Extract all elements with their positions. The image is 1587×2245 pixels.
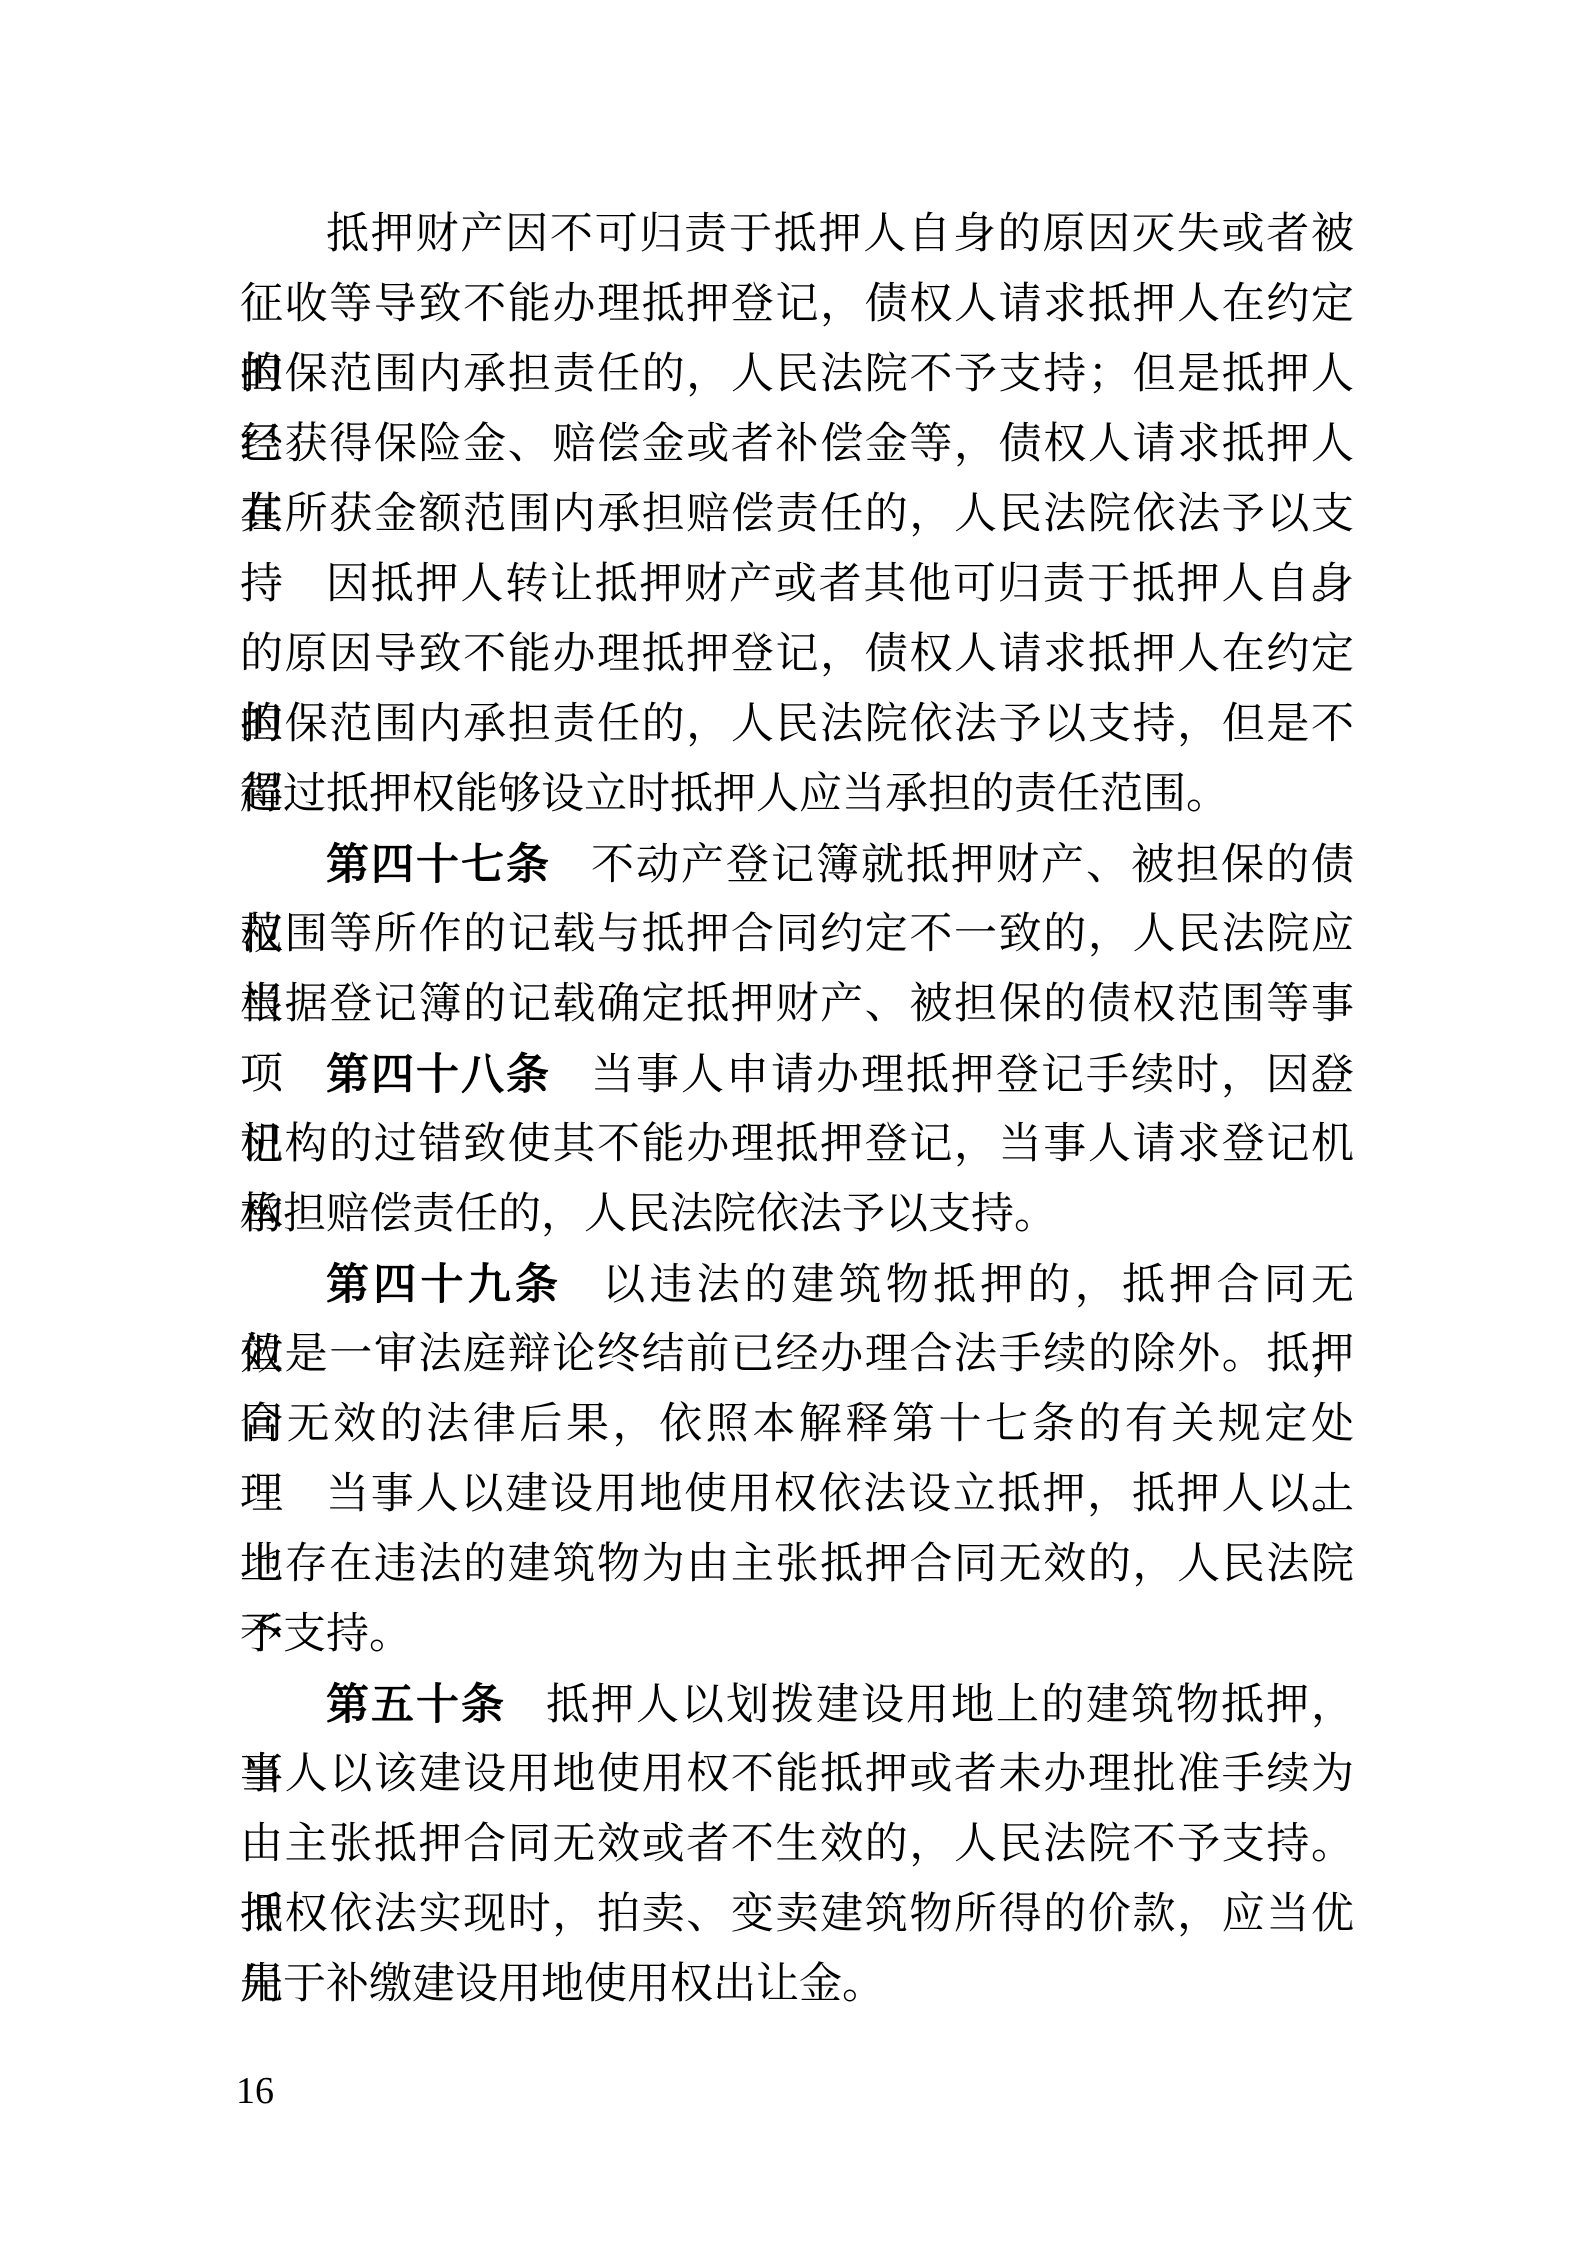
text-run: 用于补缴建设用地使用权出让金。 <box>240 1961 885 2008</box>
text-line: 上存在违法的建筑物为由主张抵押合同无效的，人民法院不 <box>240 1530 1354 1600</box>
text-line: 第四十八条当事人申请办理抵押登记手续时，因登记 <box>240 1040 1354 1110</box>
text-run: 因抵押人转让抵押财产或者其他可归责于抵押人自身 <box>326 561 1354 608</box>
text-line: 超过抵押权能够设立时抵押人应当承担的责任范围。 <box>240 760 1354 830</box>
text-line: 担保范围内承担责任的，人民法院不予支持；但是抵押人已 <box>240 340 1354 410</box>
text-line: 承担赔偿责任的，人民法院依法予以支持。 <box>240 1180 1354 1250</box>
text-line: 担保范围内承担责任的，人民法院依法予以支持，但是不得 <box>240 690 1354 760</box>
text-line: 第四十九条以违法的建筑物抵押的，抵押合同无效， <box>240 1250 1354 1320</box>
text-line: 抵押财产因不可归责于抵押人自身的原因灭失或者被 <box>240 200 1354 270</box>
text-line: 予支持。 <box>240 1600 1354 1670</box>
text-line: 押权依法实现时，拍卖、变卖建筑物所得的价款，应当优先 <box>240 1880 1354 1950</box>
text-line: 同无效的法律后果，依照本解释第十七条的有关规定处理。 <box>240 1390 1354 1460</box>
text-run: 超过抵押权能够设立时抵押人应当承担的责任范围。 <box>240 771 1229 818</box>
text-line: 用于补缴建设用地使用权出让金。 <box>240 1950 1354 2020</box>
text-line: 范围等所作的记载与抵押合同约定不一致的，人民法院应当 <box>240 900 1354 970</box>
text-run: 予支持。 <box>240 1611 412 1658</box>
document-page: 抵押财产因不可归责于抵押人自身的原因灭失或者被征收等导致不能办理抵押登记，债权人… <box>0 0 1587 2245</box>
text-run: 事人以该建设用地使用权不能抵押或者未办理批准手续为 <box>240 1751 1354 1798</box>
text-line: 征收等导致不能办理抵押登记，债权人请求抵押人在约定的 <box>240 270 1354 340</box>
text-line: 机构的过错致使其不能办理抵押登记，当事人请求登记机构 <box>240 1110 1354 1180</box>
text-line: 的原因导致不能办理抵押登记，债权人请求抵押人在约定的 <box>240 620 1354 690</box>
text-run: 承担赔偿责任的，人民法院依法予以支持。 <box>240 1191 1057 1238</box>
page-number: 16 <box>236 2072 274 2110</box>
text-run: 抵押财产因不可归责于抵押人自身的原因灭失或者被 <box>326 211 1354 258</box>
text-line: 根据登记簿的记载确定抵押财产、被担保的债权范围等事项。 <box>240 970 1354 1040</box>
article-number: 第四十七条 <box>326 841 551 889</box>
text-line: 由主张抵押合同无效或者不生效的，人民法院不予支持。抵 <box>240 1810 1354 1880</box>
article-number: 第五十条 <box>326 1681 506 1729</box>
text-line: 当事人以建设用地使用权依法设立抵押，抵押人以土地 <box>240 1460 1354 1530</box>
text-line: 事人以该建设用地使用权不能抵押或者未办理批准手续为 <box>240 1740 1354 1810</box>
text-block: 抵押财产因不可归责于抵押人自身的原因灭失或者被征收等导致不能办理抵押登记，债权人… <box>240 200 1354 2020</box>
article-number: 第四十九条 <box>326 1261 562 1309</box>
text-line: 第四十七条不动产登记簿就抵押财产、被担保的债权 <box>240 830 1354 900</box>
text-line: 其所获金额范围内承担赔偿责任的，人民法院依法予以支持。 <box>240 480 1354 550</box>
text-line: 但是一审法庭辩论终结前已经办理合法手续的除外。抵押合 <box>240 1320 1354 1390</box>
text-line: 经获得保险金、赔偿金或者补偿金等，债权人请求抵押人在 <box>240 410 1354 480</box>
text-line: 第五十条抵押人以划拨建设用地上的建筑物抵押，当 <box>240 1670 1354 1740</box>
article-number: 第四十八条 <box>326 1051 551 1099</box>
text-line: 因抵押人转让抵押财产或者其他可归责于抵押人自身 <box>240 550 1354 620</box>
